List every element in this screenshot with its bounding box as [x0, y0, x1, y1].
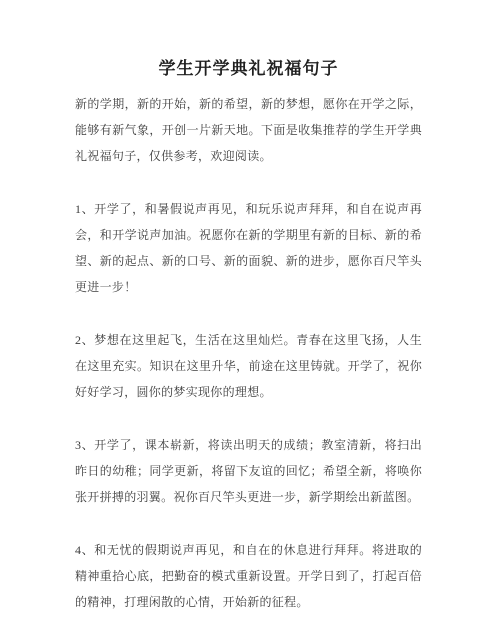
- blessing-item-1: 1、开学了，和暑假说声再见，和玩乐说声拜拜，和自在说声再会，和开学说声加油。祝愿…: [75, 196, 422, 300]
- blessing-item-3: 3、开学了，课本崭新，将读出明天的成绩；教室清新，将扫出昨日的幼稚；同学更新，将…: [75, 432, 422, 510]
- blessing-item-2: 2、梦想在这里起飞，生活在这里灿烂。青春在这里飞扬，人生在这里充实。知识在这里升…: [75, 327, 422, 405]
- intro-paragraph: 新的学期，新的开始，新的希望，新的梦想，愿你在开学之际，能够有新气象，开创一片新…: [75, 91, 422, 169]
- document-title: 学生开学典礼祝福句子: [75, 58, 422, 80]
- blessing-item-4: 4、和无忧的假期说声再见，和自在的休息进行拜拜。将进取的精神重拾心底，把勤奋的模…: [75, 537, 422, 615]
- document-page: 学生开学典礼祝福句子 新的学期，新的开始，新的希望，新的梦想，愿你在开学之际，能…: [0, 0, 500, 636]
